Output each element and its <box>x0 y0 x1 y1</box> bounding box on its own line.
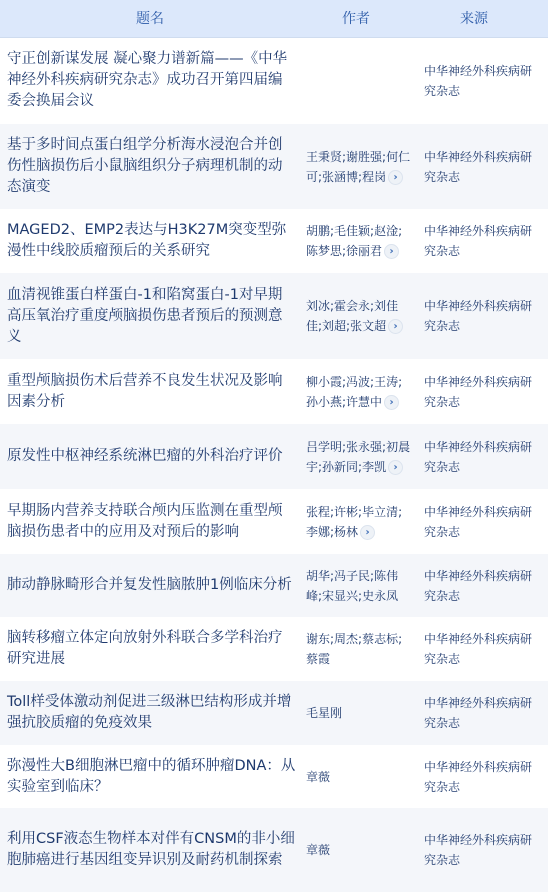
article-title-link[interactable]: 血清视锥蛋白样蛋白-1和陷窝蛋白-1对早期高压氧治疗重度颅脑损伤患者预后的预测意… <box>7 287 283 345</box>
title-cell: 血清视锥蛋白样蛋白-1和陷窝蛋白-1对早期高压氧治疗重度颅脑损伤患者预后的预测意… <box>0 273 300 359</box>
author-list[interactable]: 毛星刚 <box>306 706 342 720</box>
source-journal-link[interactable]: 中华神经外科疾病研究杂志 <box>424 696 532 730</box>
source-journal-link[interactable]: 中华神经外科疾病研究杂志 <box>424 150 532 184</box>
author-cell <box>300 37 416 124</box>
title-cell: Toll样受体激动剂促进三级淋巴结构形成并增强抗胶质瘤的免疫效果 <box>0 681 300 745</box>
author-cell: 张程;许彬;毕立清;李娜;杨林› <box>300 489 416 554</box>
author-cell: 刘冰;霍会永;刘佳佳;刘超;张文超› <box>300 273 416 359</box>
author-cell: 胡鹏;毛佳颖;赵淦;陈梦思;徐丽君› <box>300 209 416 273</box>
author-cell: 王秉贤;谢胜强;何仁可;张涵博;程岗› <box>300 124 416 209</box>
more-authors-icon[interactable]: › <box>360 525 375 540</box>
source-cell: 中华神经外科疾病研究杂志 <box>416 808 548 892</box>
article-title-link[interactable]: 早期肠内营养支持联合颅内压监测在重型颅脑损伤患者中的应用及对预后的影响 <box>7 503 283 540</box>
source-journal-link[interactable]: 中华神经外科疾病研究杂志 <box>424 224 532 258</box>
source-journal-link[interactable]: 中华神经外科疾病研究杂志 <box>424 440 532 474</box>
source-cell: 中华神经外科疾病研究杂志 <box>416 554 548 617</box>
source-cell: 中华神经外科疾病研究杂志 <box>416 37 548 124</box>
table-row: 早期肠内营养支持联合颅内压监测在重型颅脑损伤患者中的应用及对预后的影响 张程;许… <box>0 489 548 554</box>
author-list[interactable]: 谢东;周杰;蔡志标;蔡霞 <box>306 632 402 666</box>
source-cell: 中华神经外科疾病研究杂志 <box>416 124 548 209</box>
source-cell: 中华神经外科疾病研究杂志 <box>416 681 548 745</box>
table-row: 肺动静脉畸形合并复发性脑脓肿1例临床分析 胡华;冯子民;陈伟峰;宋显兴;史永凤 … <box>0 554 548 617</box>
more-authors-icon[interactable]: › <box>384 244 399 259</box>
table-header: 题名 作者 来源 <box>0 0 548 37</box>
title-cell: MAGED2、EMP2表达与H3K27M突变型弥漫性中线胶质瘤预后的关系研究 <box>0 209 300 273</box>
title-cell: 原发性中枢神经系统淋巴瘤的外科治疗评价 <box>0 424 300 489</box>
author-cell: 柳小霞;冯波;王涛;孙小燕;许慧中› <box>300 359 416 424</box>
article-title-link[interactable]: MAGED2、EMP2表达与H3K27M突变型弥漫性中线胶质瘤预后的关系研究 <box>7 222 286 259</box>
source-journal-link[interactable]: 中华神经外科疾病研究杂志 <box>424 64 532 98</box>
source-journal-link[interactable]: 中华神经外科疾病研究杂志 <box>424 569 532 603</box>
table-row: MAGED2、EMP2表达与H3K27M突变型弥漫性中线胶质瘤预后的关系研究 胡… <box>0 209 548 273</box>
title-cell: 重型颅脑损伤术后营养不良发生状况及影响因素分析 <box>0 359 300 424</box>
column-header-title[interactable]: 题名 <box>0 0 300 37</box>
article-title-link[interactable]: 利用CSF液态生物样本对伴有CNSM的非小细胞肺癌进行基因组变异识别及耐药机制探… <box>7 831 295 868</box>
author-cell: 吕学明;张永强;初晨宇;孙新同;李凯› <box>300 424 416 489</box>
more-authors-icon[interactable]: › <box>384 395 399 410</box>
source-cell: 中华神经外科疾病研究杂志 <box>416 489 548 554</box>
table-row: 重型颅脑损伤术后营养不良发生状况及影响因素分析 柳小霞;冯波;王涛;孙小燕;许慧… <box>0 359 548 424</box>
article-title-link[interactable]: 原发性中枢神经系统淋巴瘤的外科治疗评价 <box>7 448 283 464</box>
author-list[interactable]: 刘冰;霍会永;刘佳佳;刘超;张文超 <box>306 299 398 333</box>
title-cell: 利用CSF液态生物样本对伴有CNSM的非小细胞肺癌进行基因组变异识别及耐药机制探… <box>0 808 300 892</box>
source-journal-link[interactable]: 中华神经外科疾病研究杂志 <box>424 760 532 794</box>
source-journal-link[interactable]: 中华神经外科疾病研究杂志 <box>424 833 532 867</box>
title-cell: 基于多时间点蛋白组学分析海水浸泡合并创伤性脑损伤后小鼠脑组织分子病理机制的动态演… <box>0 124 300 209</box>
source-cell: 中华神经外科疾病研究杂志 <box>416 745 548 808</box>
article-title-link[interactable]: 重型颅脑损伤术后营养不良发生状况及影响因素分析 <box>7 373 283 410</box>
source-journal-link[interactable]: 中华神经外科疾病研究杂志 <box>424 632 532 666</box>
column-header-author[interactable]: 作者 <box>300 0 416 37</box>
source-journal-link[interactable]: 中华神经外科疾病研究杂志 <box>424 375 532 409</box>
title-cell: 脑转移瘤立体定向放射外科联合多学科治疗研究进展 <box>0 617 300 681</box>
title-cell: 守正创新谋发展 凝心聚力谱新篇——《中华神经外科疾病研究杂志》成功召开第四届编委… <box>0 37 300 124</box>
author-cell: 谢东;周杰;蔡志标;蔡霞 <box>300 617 416 681</box>
title-cell: 早期肠内营养支持联合颅内压监测在重型颅脑损伤患者中的应用及对预后的影响 <box>0 489 300 554</box>
table-row: 血清视锥蛋白样蛋白-1和陷窝蛋白-1对早期高压氧治疗重度颅脑损伤患者预后的预测意… <box>0 273 548 359</box>
more-authors-icon[interactable]: › <box>388 170 403 185</box>
table-row: 守正创新谋发展 凝心聚力谱新篇——《中华神经外科疾病研究杂志》成功召开第四届编委… <box>0 37 548 124</box>
more-authors-icon[interactable]: › <box>388 319 403 334</box>
source-journal-link[interactable]: 中华神经外科疾病研究杂志 <box>424 299 532 333</box>
author-cell: 章薇 <box>300 745 416 808</box>
source-cell: 中华神经外科疾病研究杂志 <box>416 424 548 489</box>
source-journal-link[interactable]: 中华神经外科疾病研究杂志 <box>424 505 532 539</box>
source-cell: 中华神经外科疾病研究杂志 <box>416 359 548 424</box>
table-row: Toll样受体激动剂促进三级淋巴结构形成并增强抗胶质瘤的免疫效果 毛星刚 中华神… <box>0 681 548 745</box>
results-table: 题名 作者 来源 守正创新谋发展 凝心聚力谱新篇——《中华神经外科疾病研究杂志》… <box>0 0 548 892</box>
column-header-source[interactable]: 来源 <box>416 0 548 37</box>
title-cell: 弥漫性大B细胞淋巴瘤中的循环肿瘤DNA：从实验室到临床？ <box>0 745 300 808</box>
title-cell: 肺动静脉畸形合并复发性脑脓肿1例临床分析 <box>0 554 300 617</box>
source-cell: 中华神经外科疾病研究杂志 <box>416 209 548 273</box>
table-row: 脑转移瘤立体定向放射外科联合多学科治疗研究进展 谢东;周杰;蔡志标;蔡霞 中华神… <box>0 617 548 681</box>
article-title-link[interactable]: 弥漫性大B细胞淋巴瘤中的循环肿瘤DNA：从实验室到临床？ <box>7 758 295 795</box>
table-row: 原发性中枢神经系统淋巴瘤的外科治疗评价 吕学明;张永强;初晨宇;孙新同;李凯› … <box>0 424 548 489</box>
author-list[interactable]: 章薇 <box>306 843 330 857</box>
author-cell: 胡华;冯子民;陈伟峰;宋显兴;史永凤 <box>300 554 416 617</box>
article-title-link[interactable]: Toll样受体激动剂促进三级淋巴结构形成并增强抗胶质瘤的免疫效果 <box>7 694 291 731</box>
table-row: 利用CSF液态生物样本对伴有CNSM的非小细胞肺癌进行基因组变异识别及耐药机制探… <box>0 808 548 892</box>
table-row: 弥漫性大B细胞淋巴瘤中的循环肿瘤DNA：从实验室到临床？ 章薇 中华神经外科疾病… <box>0 745 548 808</box>
author-list[interactable]: 张程;许彬;毕立清;李娜;杨林 <box>306 505 402 539</box>
article-title-link[interactable]: 基于多时间点蛋白组学分析海水浸泡合并创伤性脑损伤后小鼠脑组织分子病理机制的动态演… <box>7 137 283 195</box>
source-cell: 中华神经外科疾病研究杂志 <box>416 273 548 359</box>
author-cell: 章薇 <box>300 808 416 892</box>
author-cell: 毛星刚 <box>300 681 416 745</box>
article-title-link[interactable]: 守正创新谋发展 凝心聚力谱新篇——《中华神经外科疾病研究杂志》成功召开第四届编委… <box>7 51 287 109</box>
author-list[interactable]: 胡华;冯子民;陈伟峰;宋显兴;史永凤 <box>306 569 398 603</box>
table-body: 守正创新谋发展 凝心聚力谱新篇——《中华神经外科疾病研究杂志》成功召开第四届编委… <box>0 37 548 892</box>
source-cell: 中华神经外科疾病研究杂志 <box>416 617 548 681</box>
table-row: 基于多时间点蛋白组学分析海水浸泡合并创伤性脑损伤后小鼠脑组织分子病理机制的动态演… <box>0 124 548 209</box>
more-authors-icon[interactable]: › <box>388 460 403 475</box>
article-title-link[interactable]: 肺动静脉畸形合并复发性脑脓肿1例临床分析 <box>7 577 292 593</box>
author-list[interactable]: 章薇 <box>306 770 330 784</box>
article-title-link[interactable]: 脑转移瘤立体定向放射外科联合多学科治疗研究进展 <box>7 630 283 667</box>
